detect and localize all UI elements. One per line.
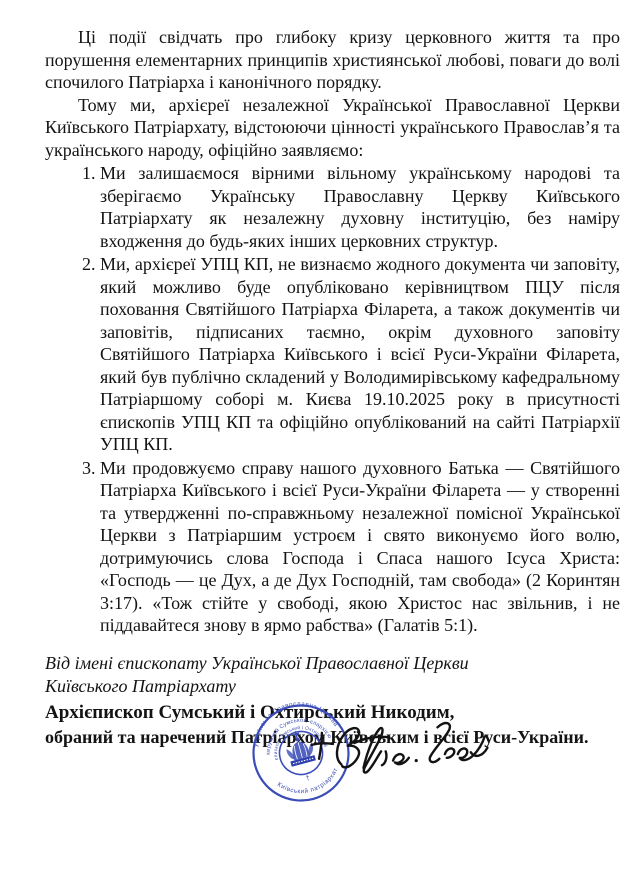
- declaration-list: Ми залишаємося вірними вільному українсь…: [45, 162, 620, 637]
- declaration-item-3: Ми продовжуємо справу нашого духовного Б…: [100, 457, 620, 637]
- declaration-item-2-text: Ми, архієреї УПЦ КП, не визнаємо жодного…: [100, 254, 620, 454]
- stamp-and-signature-area: Українська Православна Церква Київський …: [246, 692, 496, 832]
- signature-scrawl: [308, 712, 493, 787]
- on-behalf-line: Від імені єпископату Української Правосл…: [45, 652, 550, 698]
- document-body: Ці події свідчать про глибоку кризу церк…: [45, 26, 620, 749]
- declaration-item-3-text: Ми продовжуємо справу нашого духовного Б…: [100, 458, 620, 636]
- declaration-item-2: Ми, архієреї УПЦ КП, не визнаємо жодного…: [100, 253, 620, 456]
- paragraph-2: Тому ми, архієреї незалежної Української…: [45, 94, 620, 162]
- declaration-item-1: Ми залишаємося вірними вільному українсь…: [100, 162, 620, 252]
- document-page: Ці події свідчать про глибоку кризу церк…: [0, 0, 643, 891]
- paragraph-1: Ці події свідчать про глибоку кризу церк…: [45, 26, 620, 94]
- declaration-item-1-text: Ми залишаємося вірними вільному українсь…: [100, 163, 620, 251]
- signature-cross-icon: [319, 733, 322, 759]
